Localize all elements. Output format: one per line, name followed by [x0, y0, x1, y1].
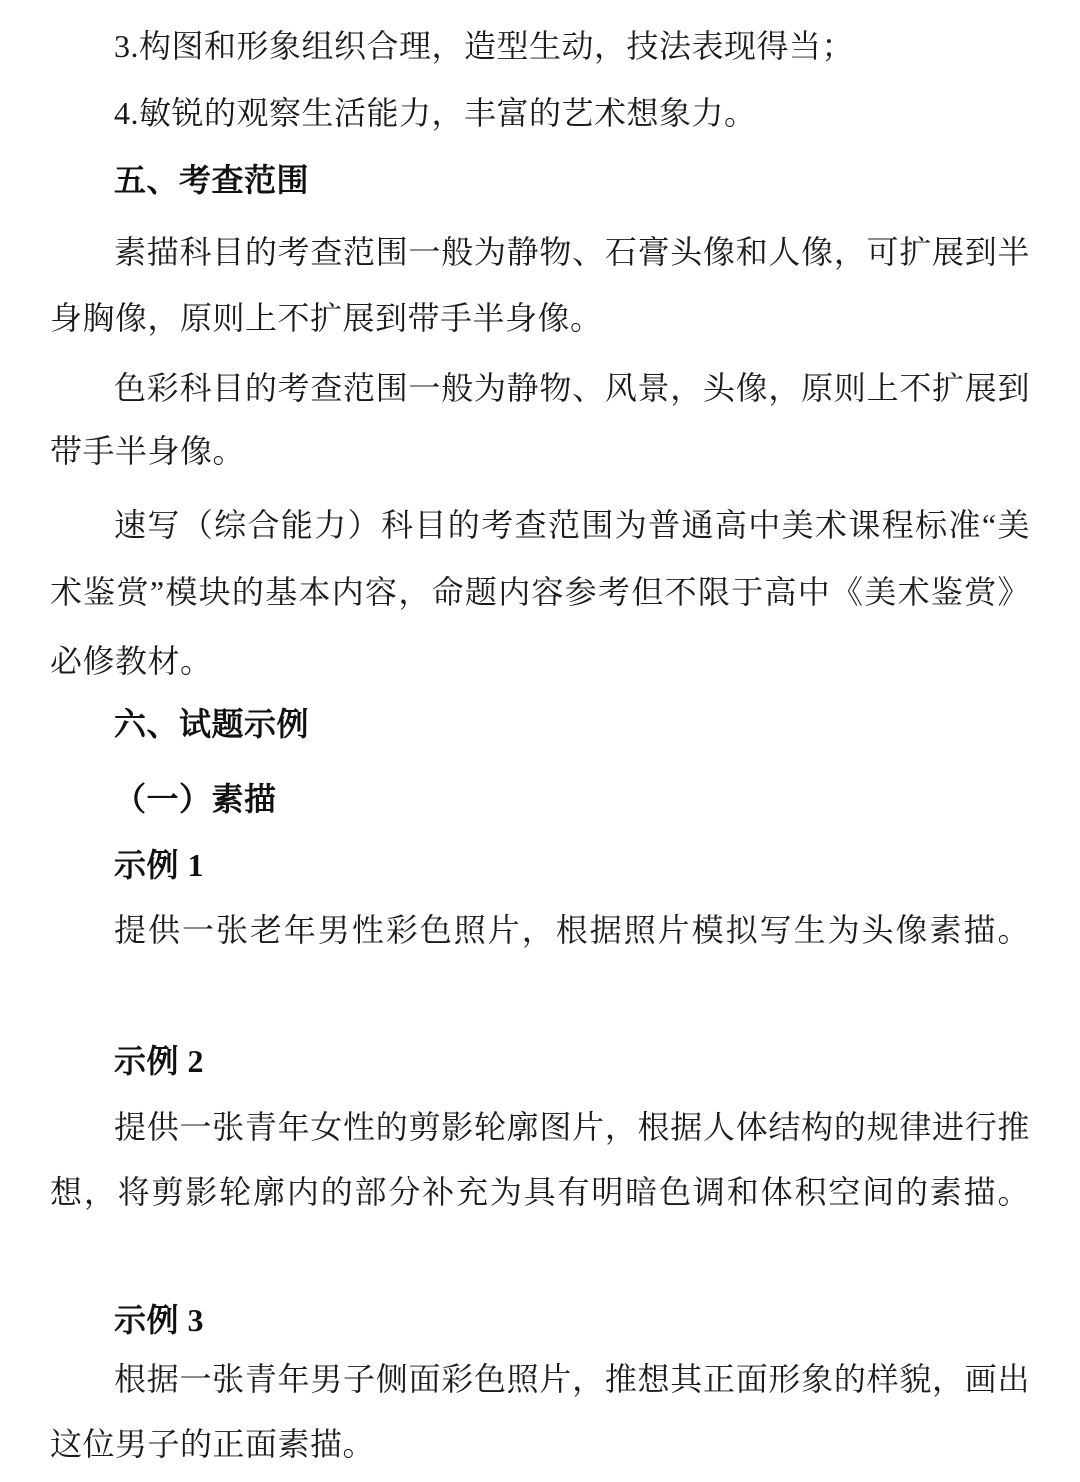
criteria-item-3: 3.构图和形象组织合理，造型生动，技法表现得当； — [50, 26, 1030, 66]
scope-paragraph-line: 身胸像，原则上不扩展到带手半身像。 — [50, 298, 1030, 338]
scope-paragraph-line: 速写（综合能力）科目的考查范围为普通高中美术课程标准“美 — [50, 505, 1030, 545]
example-2-label: 示例 2 — [50, 1041, 1030, 1081]
subsection-heading-sketch: （一）素描 — [50, 779, 1030, 819]
document-page: 3.构图和形象组织合理，造型生动，技法表现得当； 4.敏锐的观察生活能力，丰富的… — [0, 0, 1080, 1482]
example-3-label: 示例 3 — [50, 1300, 1030, 1340]
scope-paragraph-line: 必修教材。 — [50, 641, 1030, 681]
example-2-text-line: 提供一张青年女性的剪影轮廓图片，根据人体结构的规律进行推 — [50, 1107, 1030, 1147]
example-1-text: 提供一张老年男性彩色照片，根据照片模拟写生为头像素描。 — [50, 910, 1030, 950]
example-3-text-line: 这位男子的正面素描。 — [50, 1424, 1030, 1464]
example-1-label: 示例 1 — [50, 845, 1030, 885]
section-heading-scope: 五、考查范围 — [50, 160, 1030, 200]
scope-paragraph-line: 带手半身像。 — [50, 431, 1030, 471]
section-heading-examples: 六、试题示例 — [50, 704, 1030, 744]
scope-paragraph-line: 素描科目的考查范围一般为静物、石膏头像和人像，可扩展到半 — [50, 232, 1030, 272]
example-2-text-line: 想，将剪影轮廓内的部分补充为具有明暗色调和体积空间的素描。 — [50, 1172, 1030, 1212]
criteria-item-4: 4.敏锐的观察生活能力，丰富的艺术想象力。 — [50, 93, 1030, 133]
scope-paragraph-line: 色彩科目的考查范围一般为静物、风景，头像，原则上不扩展到 — [50, 368, 1030, 408]
scope-paragraph-line: 术鉴赏”模块的基本内容，命题内容参考但不限于高中《美术鉴赏》 — [50, 572, 1030, 612]
example-3-text-line: 根据一张青年男子侧面彩色照片，推想其正面形象的样貌，画出 — [50, 1359, 1030, 1399]
